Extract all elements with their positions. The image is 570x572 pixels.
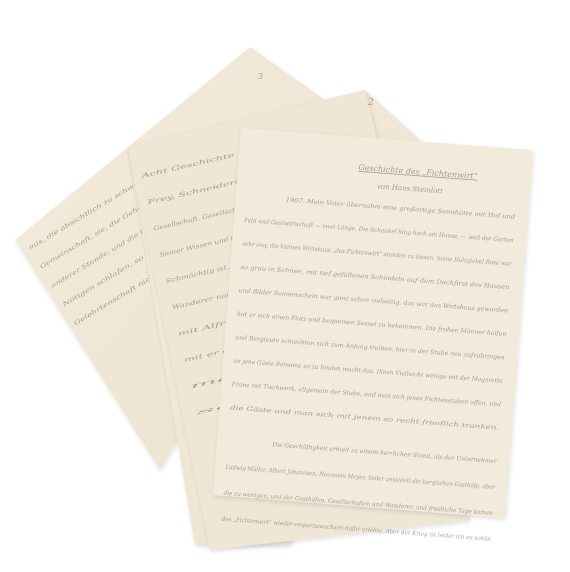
page-number-2: 2 bbox=[367, 98, 374, 108]
page-number-3: 3 bbox=[258, 72, 263, 81]
page-front: Geschichte des „Fichtenwirt“ von Hans St… bbox=[213, 128, 533, 543]
manuscript-photo: mis, die absichtlich zu schwarmenGemeins… bbox=[0, 0, 570, 572]
